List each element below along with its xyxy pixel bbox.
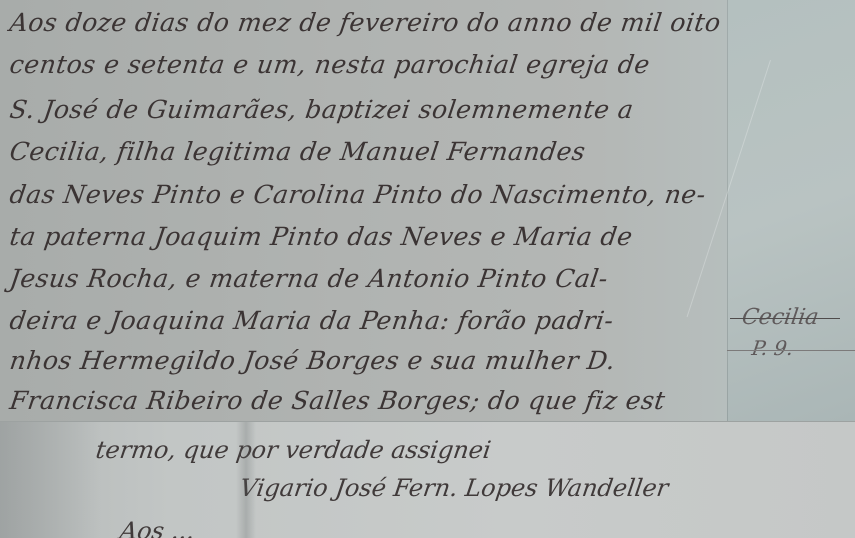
text-line-1: Aos doze dias do mez de fevereiro do ann… [8, 8, 723, 37]
continuation-line-3: Aos ... [118, 517, 197, 538]
continuation-line-1: termo, que por verdade assignei [94, 436, 493, 464]
margin-rule-bottom [727, 350, 855, 351]
text-line-4: Cecilia, filha legitima de Manuel Fernan… [8, 137, 588, 166]
document-page-bottom: termo, que por verdade assignei Vigario … [0, 422, 855, 538]
text-line-9: nhos Hermegildo José Borges e sua mulher… [8, 346, 617, 375]
document-page-top: Aos doze dias do mez de fevereiro do ann… [0, 0, 855, 422]
text-line-8: deira e Joaquina Maria da Penha: forão p… [8, 306, 616, 335]
text-line-2: centos e setenta e um, nesta parochial e… [8, 50, 652, 79]
margin-note-ref: P. 9. [750, 336, 795, 360]
text-line-5: das Neves Pinto e Carolina Pinto do Nasc… [8, 180, 708, 209]
margin-rule-top [730, 318, 840, 319]
signature-line: Vigario José Fern. Lopes Wandeller [238, 474, 670, 502]
text-line-10: Francisca Ribeiro de Salles Borges; do q… [8, 386, 667, 415]
page-shadow [0, 422, 100, 538]
text-line-7: Jesus Rocha, e materna de Antonio Pinto … [8, 264, 610, 293]
paper-tear [236, 422, 256, 538]
text-line-3: S. José de Guimarães, baptizei solemneme… [8, 95, 636, 124]
text-line-6: ta paterna Joaquim Pinto das Neves e Mar… [8, 222, 635, 251]
